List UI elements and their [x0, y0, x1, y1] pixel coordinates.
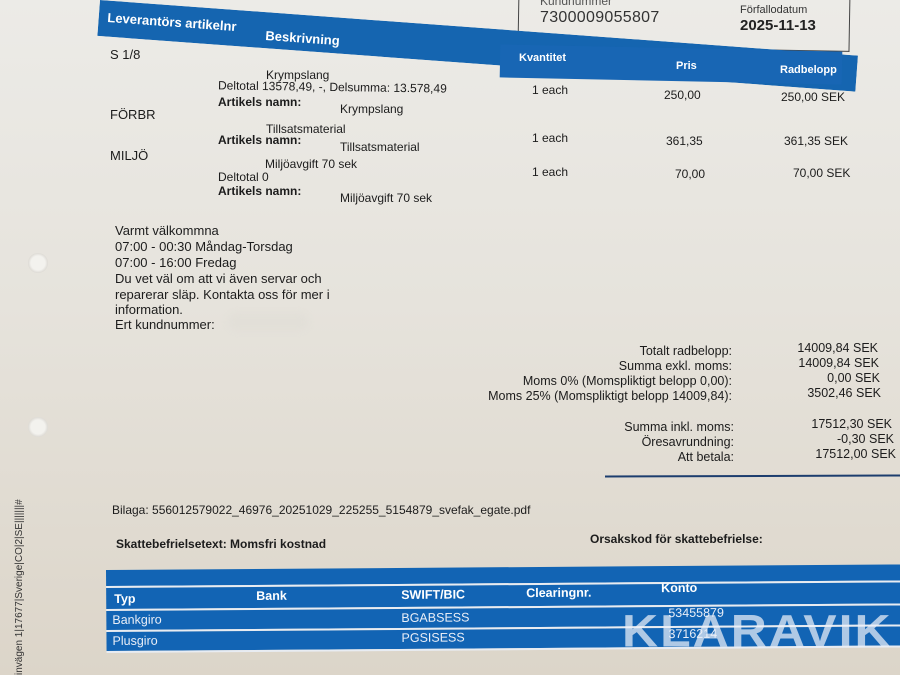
row-kvantitet: 1 each	[532, 83, 568, 97]
row-pris: 361,35	[666, 134, 703, 148]
punch-hole	[28, 253, 48, 273]
total-label: Totalt radbelopp:	[640, 344, 732, 358]
total-label: Öresavrundning:	[642, 435, 734, 449]
total-value: 0,00 SEK	[827, 371, 880, 385]
totals-divider	[605, 474, 900, 477]
row-artikels-namn: Tillsatsmaterial	[340, 140, 420, 154]
total-value: 17512,30 SEK	[811, 417, 892, 431]
message-line: 07:00 - 16:00 Fredag	[115, 255, 236, 270]
kundnummer-value: 7300009055807	[540, 9, 660, 27]
klaravik-watermark: KLARAVIK	[622, 605, 893, 657]
row-kvantitet: 1 each	[532, 165, 568, 179]
row-artikels-namn: Miljöavgift 70 sek	[340, 191, 432, 205]
row-beskrivning: Miljöavgift 70 sek	[265, 157, 357, 171]
col-header-kvantitet: Kvantitet	[519, 52, 566, 64]
row-pris: 250,00	[664, 88, 701, 102]
row-artikelnr: S 1/8	[110, 47, 140, 62]
due-date-label: Förfallodatum	[740, 4, 807, 16]
attachment-link[interactable]: Bilaga: 556012579022_46976_20251029_2252…	[112, 503, 530, 517]
message-line: information.	[115, 302, 183, 317]
bank-col-konto: Konto	[661, 581, 697, 595]
artikels-namn-label: Artikels namn:	[218, 95, 301, 109]
total-value: 14009,84 SEK	[798, 356, 879, 370]
total-label: Summa inkl. moms:	[624, 420, 734, 434]
bank-col-clearing: Clearingnr.	[526, 586, 591, 600]
total-label: Summa exkl. moms:	[619, 359, 732, 373]
bank-col-typ: Typ	[114, 592, 135, 606]
row-pris: 70,00	[675, 167, 705, 181]
bank-col-swift: SWIFT/BIC	[401, 587, 465, 601]
row-detail: Deltotal 13578,49, -, Delsumma: 13.578,4…	[218, 78, 447, 95]
bank-col-bank: Bank	[256, 589, 287, 603]
bank-swift: PGSISESS	[401, 630, 464, 644]
col-header-pris: Pris	[676, 60, 697, 72]
bank-typ: Plusgiro	[112, 634, 157, 648]
invoice-page: invägen 1|17677|Sverige|CO|2|SE|||||||# …	[0, 0, 900, 675]
message-line: Ert kundnummer:	[115, 317, 215, 332]
row-radbelopp: 250,00 SEK	[781, 90, 845, 104]
message-line: 07:00 - 00:30 Måndag-Torsdag	[115, 239, 293, 254]
amount-due-label: Att betala:	[678, 450, 734, 464]
row-radbelopp: 70,00 SEK	[793, 166, 850, 180]
amount-due-value: 17512,00 SEK	[815, 447, 896, 461]
row-artikelnr: MILJÖ	[110, 148, 148, 163]
bank-swift: BGABSESS	[401, 610, 469, 624]
side-code: invägen 1|17677|Sverige|CO|2|SE|||||||#	[14, 499, 25, 675]
tax-exempt-reason: Orsakskod för skattebefrielse:	[590, 532, 763, 546]
row-artikelnr: FÖRBR	[110, 107, 156, 122]
kundnummer-label: Kundnummer	[540, 0, 612, 8]
redacted-customer-number	[228, 313, 308, 331]
bank-typ: Bankgiro	[112, 613, 161, 627]
message-line: Du vet väl om att vi även servar och	[115, 271, 322, 286]
punch-hole	[28, 417, 48, 437]
artikels-namn-label: Artikels namn:	[218, 184, 301, 198]
artikels-namn-label: Artikels namn:	[218, 133, 301, 147]
message-line: reparerar släp. Kontakta oss för mer i	[115, 287, 330, 302]
row-radbelopp: 361,35 SEK	[784, 134, 848, 148]
row-detail: Deltotal 0	[218, 170, 269, 184]
total-value: 3502,46 SEK	[807, 386, 881, 400]
row-artikels-namn: Krympslang	[340, 102, 403, 116]
tax-exempt-text: Skattebefrielsetext: Momsfri kostnad	[116, 537, 326, 551]
message-line: Varmt välkommna	[115, 223, 219, 238]
row-kvantitet: 1 each	[532, 131, 568, 145]
total-label: Moms 25% (Momspliktigt belopp 14009,84):	[488, 389, 732, 403]
total-value: -0,30 SEK	[837, 432, 894, 446]
total-value: 14009,84 SEK	[797, 341, 878, 355]
due-date-value: 2025-11-13	[740, 17, 816, 34]
col-header-radbelopp: Radbelopp	[780, 64, 837, 76]
total-label: Moms 0% (Momspliktigt belopp 0,00):	[523, 374, 732, 388]
